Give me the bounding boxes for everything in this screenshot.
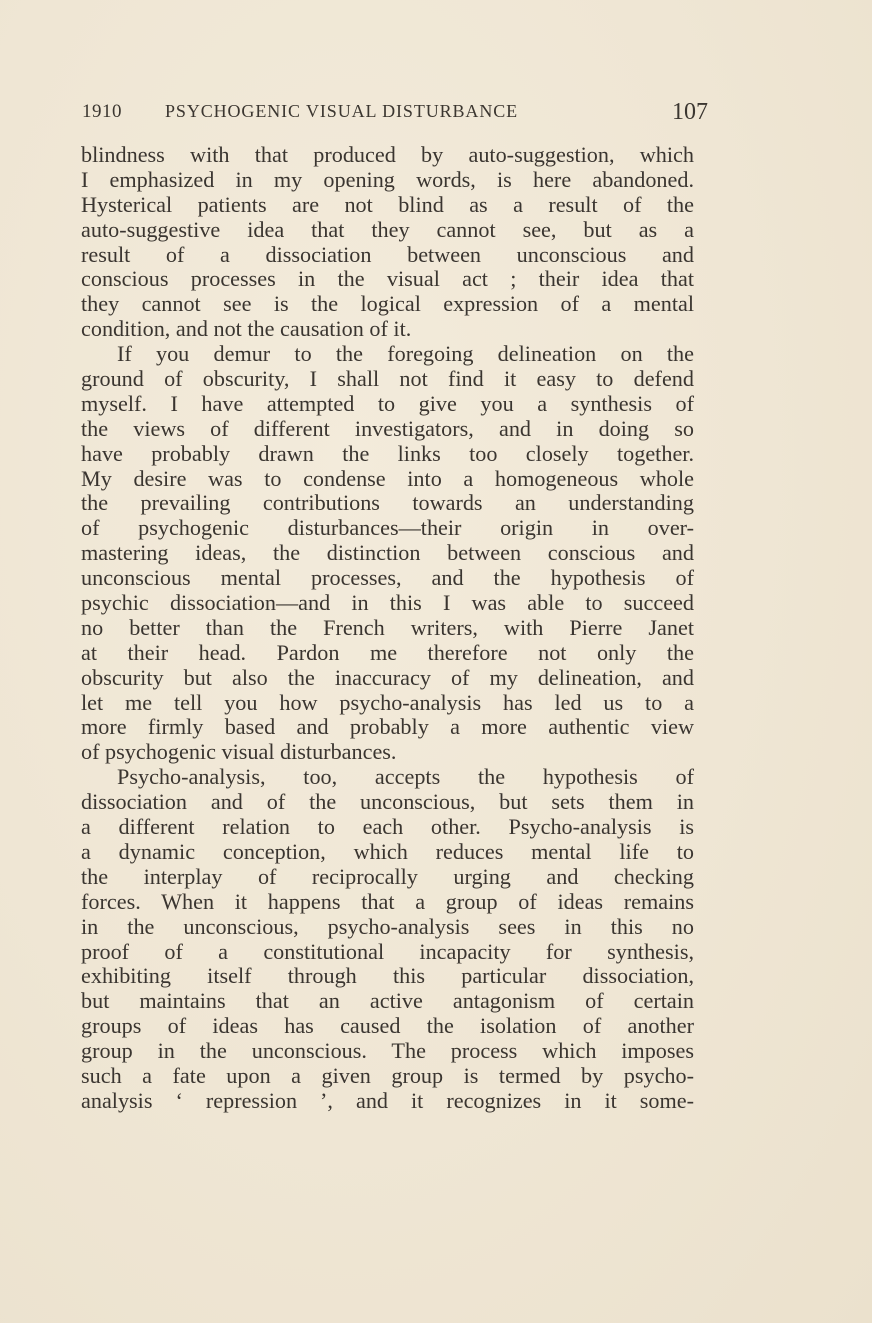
- paragraph: blindness with that produced by auto-sug…: [81, 143, 694, 342]
- text-line: dissociation and of the unconscious, but…: [81, 790, 694, 815]
- body-text: blindness with that produced by auto-sug…: [81, 143, 694, 1114]
- text-line: forces. When it happens that a group of …: [81, 890, 694, 915]
- text-line: the views of different investigators, an…: [81, 417, 694, 442]
- text-line: I emphasized in my opening words, is her…: [81, 168, 694, 193]
- text-line: in the unconscious, psycho-analysis sees…: [81, 915, 694, 940]
- text-line: psychic dissociation—and in this I was a…: [81, 591, 694, 616]
- running-head: 1910 PSYCHOGENIC VISUAL DISTURBANCE 107: [82, 99, 708, 125]
- text-line: no better than the French writers, with …: [81, 616, 694, 641]
- text-line: Psycho-analysis, too, accepts the hypoth…: [81, 765, 694, 790]
- text-line: mastering ideas, the distinction between…: [81, 541, 694, 566]
- text-line: groups of ideas has caused the isolation…: [81, 1014, 694, 1039]
- text-line: blindness with that produced by auto-sug…: [81, 143, 694, 168]
- book-page: 1910 PSYCHOGENIC VISUAL DISTURBANCE 107 …: [0, 0, 872, 1323]
- text-line: of psychogenic disturbances—their origin…: [81, 516, 694, 541]
- text-line: they cannot see is the logical expressio…: [81, 292, 694, 317]
- text-line: conscious processes in the visual act ; …: [81, 267, 694, 292]
- text-line: such a fate upon a given group is termed…: [81, 1064, 694, 1089]
- text-line: have probably drawn the links too closel…: [81, 442, 694, 467]
- text-line: group in the unconscious. The process wh…: [81, 1039, 694, 1064]
- running-head-title: PSYCHOGENIC VISUAL DISTURBANCE: [165, 101, 518, 122]
- text-line: of psychogenic visual disturbances.: [81, 740, 694, 765]
- page-number: 107: [672, 99, 708, 126]
- paragraph: If you demur to the foregoing delineatio…: [81, 342, 694, 765]
- text-line: but maintains that an active antagonism …: [81, 989, 694, 1014]
- text-line: obscurity but also the inaccuracy of my …: [81, 666, 694, 691]
- text-line: ground of obscurity, I shall not find it…: [81, 367, 694, 392]
- text-line: analysis ‘ repression ’, and it recogniz…: [81, 1089, 694, 1114]
- text-line: My desire was to condense into a homogen…: [81, 467, 694, 492]
- running-head-year: 1910: [82, 101, 122, 123]
- text-line: result of a dissociation between unconsc…: [81, 243, 694, 268]
- paragraph: Psycho-analysis, too, accepts the hypoth…: [81, 765, 694, 1113]
- text-line: condition, and not the causation of it.: [81, 317, 694, 342]
- text-line: more firmly based and probably a more au…: [81, 715, 694, 740]
- text-line: If you demur to the foregoing delineatio…: [81, 342, 694, 367]
- text-line: the interplay of reciprocally urging and…: [81, 865, 694, 890]
- text-line: auto-suggestive idea that they cannot se…: [81, 218, 694, 243]
- text-line: Hysterical patients are not blind as a r…: [81, 193, 694, 218]
- text-line: exhibiting itself through this particula…: [81, 964, 694, 989]
- text-line: proof of a constitutional incapacity for…: [81, 940, 694, 965]
- text-line: at their head. Pardon me therefore not o…: [81, 641, 694, 666]
- text-line: a dynamic conception, which reduces ment…: [81, 840, 694, 865]
- text-line: the prevailing contributions towards an …: [81, 491, 694, 516]
- text-line: myself. I have attempted to give you a s…: [81, 392, 694, 417]
- text-line: unconscious mental processes, and the hy…: [81, 566, 694, 591]
- text-line: a different relation to each other. Psyc…: [81, 815, 694, 840]
- text-line: let me tell you how psycho-analysis has …: [81, 691, 694, 716]
